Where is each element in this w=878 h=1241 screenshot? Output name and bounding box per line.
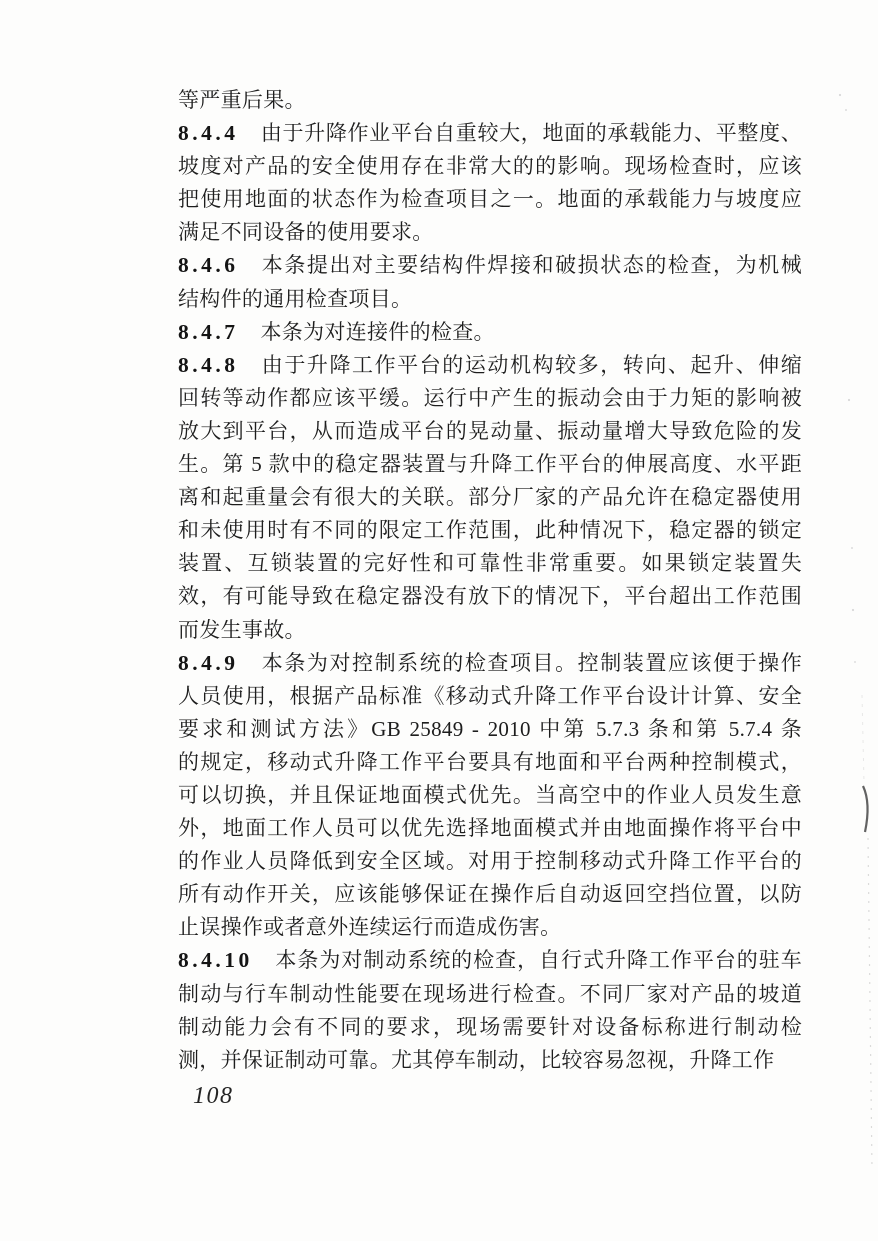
text-line: 人员使用，根据产品标准《移动式升降工作平台设计计算、安全: [178, 680, 802, 713]
text-line: 8.4.8由于升降工作平台的运动机构较多，转向、起升、伸缩: [178, 349, 802, 382]
text-line: 要求和测试方法》GB 25849 - 2010 中第 5.7.3 条和第 5.7…: [178, 713, 802, 746]
paragraph: 8.4.4由于升降作业平台自重较大，地面的承载能力、平整度、坡度对产品的安全使用…: [178, 117, 802, 249]
section-number: 8.4.9: [178, 651, 239, 675]
scan-edge-line-lower: [868, 838, 872, 1170]
text-line: 可以切换，并且保证地面模式优先。当高空中的作业人员发生意: [178, 779, 802, 812]
scan-speck: [845, 109, 847, 111]
text-line: 测，并保证制动可靠。尤其停车制动，比较容易忽视，升降工作: [178, 1044, 802, 1077]
text-line: 和未使用时有不同的限定工作范围，此种情况下，稳定器的锁定: [178, 514, 802, 547]
line-text: 本条提出对主要结构件焊接和破损状态的检查，为机械: [261, 253, 803, 277]
scan-speck: [854, 661, 856, 663]
text-line: 把使用地面的状态作为检查项目之一。地面的承载能力与坡度应: [178, 183, 802, 216]
section-number: 8.4.6: [178, 253, 239, 277]
scan-speck: [851, 547, 853, 549]
line-text: 本条为对连接件的检查。: [261, 320, 495, 344]
paragraph: 等严重后果。: [178, 84, 802, 117]
paragraph: 8.4.8由于升降工作平台的运动机构较多，转向、起升、伸缩回转等动作都应该平缓。…: [178, 349, 802, 647]
text-line: 8.4.6本条提出对主要结构件焊接和破损状态的检查，为机械: [178, 249, 802, 282]
scan-speck: [848, 399, 850, 401]
line-text: 由于升降工作平台的运动机构较多，转向、起升、伸缩: [261, 353, 803, 377]
text-line: 装置、互锁装置的完好性和可靠性非常重要。如果锁定装置失: [178, 547, 802, 580]
text-line: 8.4.9本条为对控制系统的检查项目。控制装置应该便于操作: [178, 647, 802, 680]
scan-speck: [852, 609, 854, 611]
text-line: 8.4.10本条为对制动系统的检查，自行式升降工作平台的驻车: [178, 944, 802, 977]
text-line: 制动与行车制动性能要在现场进行检查。不同厂家对产品的坡道: [178, 978, 802, 1011]
page-curl-mark: [863, 786, 868, 832]
text-line: 而发生事故。: [178, 614, 802, 647]
section-number: 8.4.4: [178, 121, 239, 145]
paragraph: 8.4.9本条为对控制系统的检查项目。控制装置应该便于操作人员使用，根据产品标准…: [178, 647, 802, 945]
text-line: 离和起重量会有很大的关联。部分厂家的产品允许在稳定器使用: [178, 481, 802, 514]
section-number: 8.4.10: [178, 948, 253, 972]
scan-speck: [839, 94, 841, 96]
document-body: 等严重后果。8.4.4由于升降作业平台自重较大，地面的承载能力、平整度、坡度对产…: [178, 84, 802, 1077]
text-line: 回转等动作都应该平缓。运行中产生的振动会由于力矩的影响被: [178, 382, 802, 415]
line-text: 本条为对制动系统的检查，自行式升降工作平台的驻车: [275, 948, 802, 972]
text-line: 制动能力会有不同的要求，现场需要针对设备标称进行制动检: [178, 1011, 802, 1044]
page-number: 108: [193, 1083, 234, 1110]
text-line: 结构件的通用检查项目。: [178, 283, 802, 316]
text-line: 止误操作或者意外连续运行而造成伤害。: [178, 911, 802, 944]
line-text: 由于升降作业平台自重较大，地面的承载能力、平整度、: [261, 121, 803, 145]
text-line: 外，地面工作人员可以优先选择地面模式并由地面操作将平台中: [178, 812, 802, 845]
text-line: 坡度对产品的安全使用存在非常大的的影响。现场检查时，应该: [178, 150, 802, 183]
text-line: 满足不同设备的使用要求。: [178, 216, 802, 249]
text-line: 效，有可能导致在稳定器没有放下的情况下，平台超出工作范围: [178, 580, 802, 613]
text-line: 的作业人员降低到安全区域。对用于控制移动式升降工作平台的: [178, 845, 802, 878]
text-line: 等严重后果。: [178, 84, 802, 117]
section-number: 8.4.7: [178, 320, 239, 344]
section-number: 8.4.8: [178, 353, 239, 377]
text-line: 8.4.7本条为对连接件的检查。: [178, 316, 802, 349]
scanned-page: 等严重后果。8.4.4由于升降作业平台自重较大，地面的承载能力、平整度、坡度对产…: [0, 0, 878, 1241]
text-line: 的规定，移动式升降工作平台要具有地面和平台两种控制模式，: [178, 746, 802, 779]
paragraph: 8.4.6本条提出对主要结构件焊接和破损状态的检查，为机械结构件的通用检查项目。: [178, 249, 802, 315]
text-line: 8.4.4由于升降作业平台自重较大，地面的承载能力、平整度、: [178, 117, 802, 150]
text-line: 放大到平台，从而造成平台的晃动量、振动量增大导致危险的发: [178, 415, 802, 448]
line-text: 本条为对控制系统的检查项目。控制装置应该便于操作: [261, 651, 803, 675]
paragraph: 8.4.10本条为对制动系统的检查，自行式升降工作平台的驻车制动与行车制动性能要…: [178, 944, 802, 1076]
scan-edge-line-upper: [862, 695, 864, 783]
text-line: 生。第 5 款中的稳定器装置与升降工作平台的伸展高度、水平距: [178, 448, 802, 481]
text-line: 所有动作开关，应该能够保证在操作后自动返回空挡位置，以防: [178, 878, 802, 911]
paragraph: 8.4.7本条为对连接件的检查。: [178, 316, 802, 349]
